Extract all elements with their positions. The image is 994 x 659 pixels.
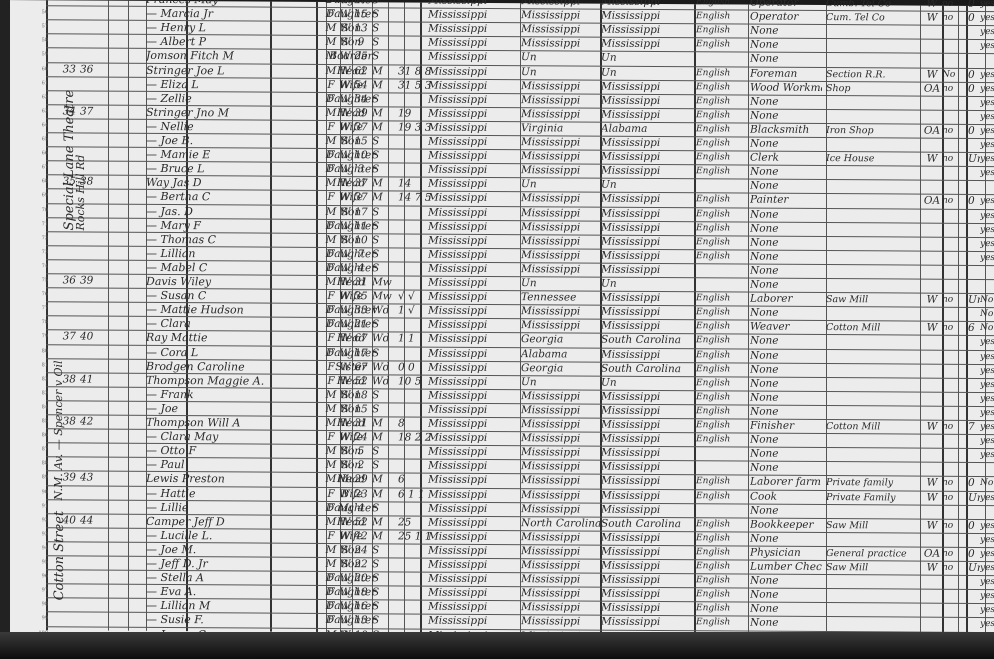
person-name: — Otto F <box>146 444 316 458</box>
language <box>696 180 748 193</box>
occupation: None <box>750 335 822 348</box>
mother-birthplace: South Carolina <box>601 362 693 376</box>
marital-status: S <box>372 319 396 332</box>
mother-birthplace: Mississippi <box>601 137 693 151</box>
industry <box>826 533 916 547</box>
worker-class: OA <box>921 82 943 95</box>
industry <box>826 223 916 237</box>
sex: F <box>324 149 338 162</box>
person-name: — Joe M. <box>146 543 316 557</box>
worker-class: W <box>921 562 943 575</box>
sex: M <box>324 36 338 49</box>
sex: F <box>324 332 338 345</box>
sex: F <box>324 502 338 515</box>
farm-schedule: No <box>980 308 994 321</box>
person-name: — Jas. D <box>146 204 316 218</box>
age: 31 <box>352 417 370 430</box>
farm-schedule: yes <box>980 0 994 11</box>
father-birthplace: Mississippi <box>521 305 603 319</box>
mother-birthplace: Mississippi <box>601 249 693 263</box>
employed: no <box>942 153 968 166</box>
employed <box>942 407 968 420</box>
veteran <box>968 238 980 251</box>
race: W <box>338 361 352 374</box>
line-number: 80 <box>34 345 48 358</box>
person-name: — Joe B. <box>146 134 316 148</box>
worker-class <box>921 378 943 391</box>
sex: M <box>324 22 338 35</box>
birthplace: Mississippi <box>428 488 520 502</box>
industry <box>826 378 916 392</box>
veteran <box>968 435 980 448</box>
worker-class: W <box>921 519 943 532</box>
race: W <box>338 530 352 543</box>
employed: no <box>942 548 968 561</box>
farm-schedule: yes <box>980 393 994 406</box>
line-number: 59 <box>34 49 48 62</box>
age: 4 <box>352 502 370 515</box>
person-name: — Mattie Hudson <box>146 303 316 317</box>
veteran <box>968 590 980 603</box>
person-name: — Mary F <box>146 218 316 232</box>
language: English <box>696 81 748 94</box>
worker-class: W <box>921 153 943 166</box>
person-name: — Stella A <box>146 571 316 585</box>
race: W <box>338 558 352 571</box>
employed <box>942 167 968 180</box>
worker-class: OA <box>921 125 943 138</box>
sex: F <box>324 375 338 388</box>
father-birthplace: Alabama <box>521 348 603 362</box>
person-name: Ray Mattie <box>146 331 316 345</box>
mother-birthplace: South Carolina <box>601 334 693 348</box>
family-number <box>80 35 100 48</box>
line-number: 98 <box>34 599 48 612</box>
person-name: — Bruce L <box>146 162 316 176</box>
father-birthplace: Mississippi <box>521 503 603 517</box>
language: English <box>696 349 748 362</box>
dwelling-number <box>56 345 76 358</box>
mother-birthplace: Mississippi <box>601 348 693 362</box>
line-number: 74 <box>34 260 48 273</box>
veteran <box>968 618 980 631</box>
veteran: Un <box>968 491 980 504</box>
farm-schedule: yes <box>980 195 994 208</box>
farm-schedule: yes <box>980 590 994 603</box>
language: English <box>696 377 748 390</box>
race: Mu <box>338 502 352 515</box>
sex: F <box>324 614 338 627</box>
birthplace: Mississippi <box>428 375 520 389</box>
birthplace: Mississippi <box>428 220 520 234</box>
dwelling-number <box>56 260 76 273</box>
occupation: Operator <box>750 11 822 24</box>
line-number: 96 <box>34 570 48 583</box>
family-number <box>80 528 100 541</box>
line-number: 88 <box>34 458 48 471</box>
line-number: 71 <box>34 218 48 231</box>
family-number <box>80 401 100 414</box>
language <box>696 462 748 475</box>
birthplace: Mississippi <box>428 122 520 136</box>
father-birthplace: Mississippi <box>521 249 603 263</box>
dwelling-number <box>56 613 76 626</box>
sex: M <box>324 558 338 571</box>
veteran <box>968 139 980 152</box>
father-birthplace: Mississippi <box>521 207 603 221</box>
worker-class <box>921 435 943 448</box>
industry <box>826 307 916 321</box>
father-birthplace: Mississippi <box>521 263 603 277</box>
age: 18 <box>352 586 370 599</box>
veteran <box>968 97 980 110</box>
employed <box>942 449 968 462</box>
industry: Ice House <box>826 152 916 166</box>
age: 20 <box>352 572 370 585</box>
birthplace: Mississippi <box>428 248 520 262</box>
language: English <box>696 391 748 404</box>
father-birthplace: Mississippi <box>521 80 603 94</box>
language <box>696 53 748 66</box>
person-name: — Clara May <box>146 430 316 444</box>
sex: M <box>324 459 338 472</box>
age: 25 <box>352 51 370 64</box>
mother-birthplace: Mississippi <box>601 461 693 475</box>
occupation: None <box>750 617 822 630</box>
worker-class <box>921 590 943 603</box>
employed <box>942 111 968 124</box>
occupation: None <box>750 222 822 235</box>
race: W <box>338 248 352 261</box>
race: W <box>338 431 352 444</box>
birthplace: Mississippi <box>428 206 520 220</box>
father-birthplace: Mississippi <box>521 108 603 122</box>
employed <box>942 350 968 363</box>
age: 18 <box>352 389 370 402</box>
mother-birthplace: Mississippi <box>601 320 693 334</box>
mother-birthplace: Mississippi <box>601 433 693 447</box>
person-name: — Zellie <box>146 92 316 106</box>
occupation: None <box>750 250 822 263</box>
marital-status: S <box>372 22 396 35</box>
dwelling-number <box>56 77 76 90</box>
language <box>696 447 748 460</box>
industry <box>826 392 916 406</box>
occupation: Clerk <box>750 152 822 165</box>
employed <box>942 40 968 53</box>
language: English <box>696 490 748 503</box>
marital-status: S <box>372 149 396 162</box>
language: English <box>696 335 748 348</box>
person-name: — Albert P <box>146 35 316 49</box>
age: 17 <box>352 347 370 360</box>
employed <box>942 280 968 293</box>
family-number <box>80 21 100 34</box>
language <box>696 278 748 291</box>
family-number <box>80 599 100 612</box>
age: 37 <box>352 192 370 205</box>
age: 67 <box>352 361 370 374</box>
worker-class <box>921 463 943 476</box>
occupation: None <box>750 504 822 517</box>
age: 2 <box>352 459 370 472</box>
veteran <box>968 463 980 476</box>
birthplace: Mississippi <box>428 347 520 361</box>
worker-class <box>921 576 943 589</box>
industry <box>826 194 916 208</box>
line-number: 84 <box>34 401 48 414</box>
family-number: 39 <box>80 274 100 287</box>
race: W <box>338 36 352 49</box>
marital-status: M <box>372 107 396 120</box>
veteran: 0 <box>968 83 980 96</box>
age: 3 <box>352 163 370 176</box>
person-name: — Bertha C <box>146 190 316 204</box>
line-number: 91 <box>34 500 48 513</box>
marital-status: S <box>372 460 396 473</box>
mother-birthplace: Mississippi <box>601 306 693 320</box>
family-number <box>80 486 100 499</box>
marital-status: S <box>372 445 396 458</box>
language: English <box>696 123 748 136</box>
language: English <box>696 95 748 108</box>
occupation: Physician <box>750 546 822 559</box>
age: 7 <box>352 248 370 261</box>
industry <box>826 462 916 476</box>
family-number: 40 <box>80 331 100 344</box>
worker-class: W <box>921 491 943 504</box>
family-number <box>80 500 100 513</box>
line-number: 57 <box>34 20 48 33</box>
employed <box>942 364 968 377</box>
marital-status: M <box>372 417 396 430</box>
mother-birthplace: Mississippi <box>601 80 693 94</box>
line-number: 87 <box>34 443 48 456</box>
sex: M <box>324 135 338 148</box>
birthplace: Mississippi <box>428 9 520 23</box>
employed <box>942 435 968 448</box>
father-birthplace: Mississippi <box>521 221 603 235</box>
language: English <box>696 363 748 376</box>
language: English <box>696 419 748 432</box>
marital-status: M <box>372 65 396 78</box>
line-number: 60 <box>34 63 48 76</box>
mother-birthplace: Mississippi <box>601 546 693 560</box>
occupation: None <box>750 575 822 588</box>
occupation: Cook <box>750 490 822 503</box>
language: English <box>696 165 748 178</box>
worker-class <box>921 449 943 462</box>
marital-status: M <box>372 192 396 205</box>
employed <box>942 54 968 67</box>
marital-status: M <box>372 474 396 487</box>
occupation: Painter <box>750 194 822 207</box>
marital-status: M <box>372 488 396 501</box>
sex: M <box>324 403 338 416</box>
mother-birthplace: Mississippi <box>601 419 693 433</box>
age: 13 <box>352 615 370 628</box>
family-number <box>80 91 100 104</box>
sex: F <box>324 290 338 303</box>
marital-status: S <box>372 572 396 585</box>
mother-birthplace: Mississippi <box>601 292 693 306</box>
occupation: None <box>750 603 822 616</box>
family-number <box>80 49 100 62</box>
marital-status: S <box>372 262 396 275</box>
birthplace: Mississippi <box>428 545 520 559</box>
language <box>696 504 748 517</box>
language: English <box>696 67 748 80</box>
age: 4 <box>352 262 370 275</box>
sex: F <box>324 121 338 134</box>
worker-class <box>921 96 943 109</box>
birthplace: Mississippi <box>428 136 520 150</box>
family-number <box>80 359 100 372</box>
occupation: Wood Workman <box>750 81 822 94</box>
sex: F <box>324 586 338 599</box>
father-birthplace: Mississippi <box>521 136 603 150</box>
father-birthplace: Mississippi <box>521 418 603 432</box>
industry <box>826 25 916 39</box>
marital-status: M <box>372 431 396 444</box>
person-name: Davis Wiley <box>146 275 316 289</box>
employed <box>942 336 968 349</box>
veteran: Un <box>968 294 980 307</box>
marital-status: Wd <box>372 304 396 317</box>
person-name: — Eliza L <box>146 77 316 91</box>
worker-class <box>921 110 943 123</box>
line-number: 90 <box>34 486 48 499</box>
race: W <box>338 459 352 472</box>
industry <box>826 434 916 448</box>
employed <box>942 96 968 109</box>
father-birthplace: Mississippi <box>521 446 603 460</box>
occupation: Laborer <box>750 293 822 306</box>
line-number: 68 <box>34 176 48 189</box>
person-name: — Joe <box>146 402 316 416</box>
mother-birthplace: Mississippi <box>601 588 693 602</box>
marital-status: S <box>372 586 396 599</box>
worker-class <box>921 308 943 321</box>
race: W <box>338 403 352 416</box>
industry <box>826 39 916 53</box>
father-birthplace: Mississippi <box>521 390 603 404</box>
employed: no <box>942 562 968 575</box>
farm-schedule: yes <box>980 548 994 561</box>
line-number: 83 <box>34 387 48 400</box>
line-number: 69 <box>34 190 48 203</box>
worker-class: W <box>921 294 943 307</box>
family-number <box>80 571 100 584</box>
marital-status: Mw <box>372 276 396 289</box>
dwelling-number: 37 <box>56 331 76 344</box>
language: English <box>696 10 748 23</box>
farm-schedule: yes <box>980 167 994 180</box>
marital-status: S <box>372 558 396 571</box>
person-name: Lewis Preston <box>146 472 316 486</box>
age: 29 <box>352 474 370 487</box>
birthplace: Mississippi <box>428 446 520 460</box>
mother-birthplace: Mississippi <box>601 10 693 24</box>
occupation: None <box>750 109 822 122</box>
farm-schedule: yes <box>980 238 994 251</box>
birthplace: Mississippi <box>428 333 520 347</box>
dwelling-number <box>56 288 76 301</box>
language: English <box>696 603 748 616</box>
age: 21 <box>352 318 370 331</box>
veteran <box>968 209 980 222</box>
family-number <box>80 303 100 316</box>
family-number: 43 <box>80 472 100 485</box>
worker-class: W <box>921 12 943 25</box>
occupation: None <box>750 236 822 249</box>
employed: no <box>942 195 968 208</box>
father-birthplace: Un <box>521 52 603 66</box>
employed <box>942 534 968 547</box>
sex: M <box>324 544 338 557</box>
line-number: 66 <box>34 147 48 160</box>
sex: F <box>324 572 338 585</box>
age: 62 <box>352 65 370 78</box>
mother-birthplace: Mississippi <box>601 616 693 630</box>
line-number: 95 <box>34 556 48 569</box>
industry <box>826 335 916 349</box>
veteran <box>968 266 980 279</box>
person-name: Camper Jeff D <box>146 515 316 529</box>
veteran: 0 <box>968 0 980 11</box>
birthplace: Mississippi <box>428 65 520 79</box>
industry <box>826 166 916 180</box>
veteran: 0 <box>968 520 980 533</box>
worker-class <box>921 364 943 377</box>
occupation: None <box>750 589 822 602</box>
race: W <box>338 445 352 458</box>
birthplace: Mississippi <box>428 23 520 37</box>
dwelling-number: 36 <box>56 274 76 287</box>
occupation: None <box>750 462 822 475</box>
veteran <box>968 167 980 180</box>
birthplace: Mississippi <box>428 164 520 178</box>
employed <box>942 252 968 265</box>
family-number: 44 <box>80 514 100 527</box>
farm-schedule: yes <box>980 576 994 589</box>
person-name: — Nellie <box>146 120 316 134</box>
employed: no <box>942 322 968 335</box>
veteran: Un <box>968 562 980 575</box>
line-number: 73 <box>34 246 48 259</box>
veteran <box>968 534 980 547</box>
family-number <box>80 585 100 598</box>
worker-class <box>921 167 943 180</box>
birthplace: Mississippi <box>428 234 520 248</box>
race: W <box>338 389 352 402</box>
age: 24 <box>352 544 370 557</box>
language: English <box>696 546 748 559</box>
industry: Iron Shop <box>826 124 916 138</box>
birthplace: Mississippi <box>428 516 520 530</box>
mother-birthplace: Mississippi <box>601 235 693 249</box>
occupation: None <box>750 307 822 320</box>
birthplace: Mississippi <box>428 502 520 516</box>
marital-status: S <box>372 234 396 247</box>
age: 31 <box>352 276 370 289</box>
worker-class <box>921 54 943 67</box>
industry: Section R.R. <box>826 68 916 82</box>
father-birthplace: Mississippi <box>521 601 603 615</box>
race: W <box>338 191 352 204</box>
marital-status: S <box>372 403 396 416</box>
employed: no <box>942 519 968 532</box>
